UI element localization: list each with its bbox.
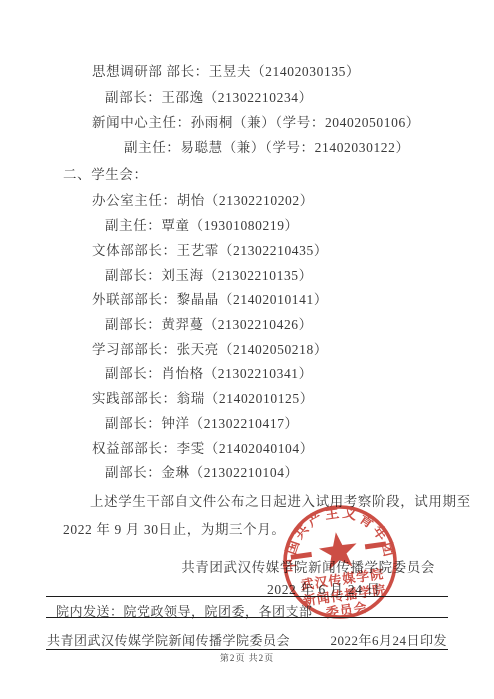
doc-line: 副部长：肖怡格（21302210341） xyxy=(105,366,313,382)
doc-line: 副部长：刘玉海（21302210135） xyxy=(105,268,313,284)
footer-divider-middle xyxy=(46,617,448,618)
doc-line: 新闻中心主任：孙雨桐（兼）（学号：20402050106） xyxy=(92,115,420,131)
doc-line: 副部长：钟洋（21302210417） xyxy=(105,416,299,432)
issuer-org: 共青团武汉传媒学院新闻传播学院委员会 xyxy=(47,630,290,649)
doc-line: 副主任：易聪慧（兼）（学号：21402030122） xyxy=(124,140,410,156)
closing-paragraph-line: 2022 年 9 月 30日止，为期三个月。 xyxy=(63,522,285,538)
doc-line: 外联部部长：黎晶晶（21402010141） xyxy=(92,292,328,308)
doc-line: 学习部部长：张天亮（21402050218） xyxy=(92,342,328,358)
document-page: 思想调研部 部长：王昱夫（21402030135） 副部长：王邵逸（213022… xyxy=(0,0,494,699)
seal-right-bar xyxy=(365,541,386,549)
issuer-row: 共青团武汉传媒学院新闻传播学院委员会 2022年6月24日印发 xyxy=(47,630,447,649)
doc-line: 副部长：王邵逸（21302210234） xyxy=(105,90,313,106)
section-heading: 二、学生会： xyxy=(63,167,148,183)
footer-divider-top xyxy=(46,596,448,597)
doc-line: 副主任：覃童（19301080219） xyxy=(105,218,299,234)
doc-line: 副部长：黄羿蔓（21302210426） xyxy=(105,317,313,333)
doc-line: 副部长：金琳（21302210104） xyxy=(105,465,299,481)
doc-line: 办公室主任：胡怡（21302210202） xyxy=(92,193,314,209)
page-number: 第2页 共2页 xyxy=(0,651,494,664)
doc-line: 文体部部长：王艺霏（21302210435） xyxy=(92,243,328,259)
print-date: 2022年6月24日印发 xyxy=(330,630,447,649)
doc-line: 实践部部长：翁瑞（21402010125） xyxy=(92,391,314,407)
signature-date: 2022 年 6 月 24 日 xyxy=(267,578,381,598)
doc-line: 思想调研部 部长：王昱夫（21402030135） xyxy=(92,64,360,80)
closing-paragraph-line: 上述学生干部自文件公布之日起进入试用考察阶段，试用期至 xyxy=(90,494,471,510)
doc-line: 权益部部长：李雯（21402040104） xyxy=(92,441,314,457)
footer-divider-bottom xyxy=(46,649,448,650)
signature-org: 共青团武汉传媒学院新闻传播学院委员会 xyxy=(181,556,435,576)
